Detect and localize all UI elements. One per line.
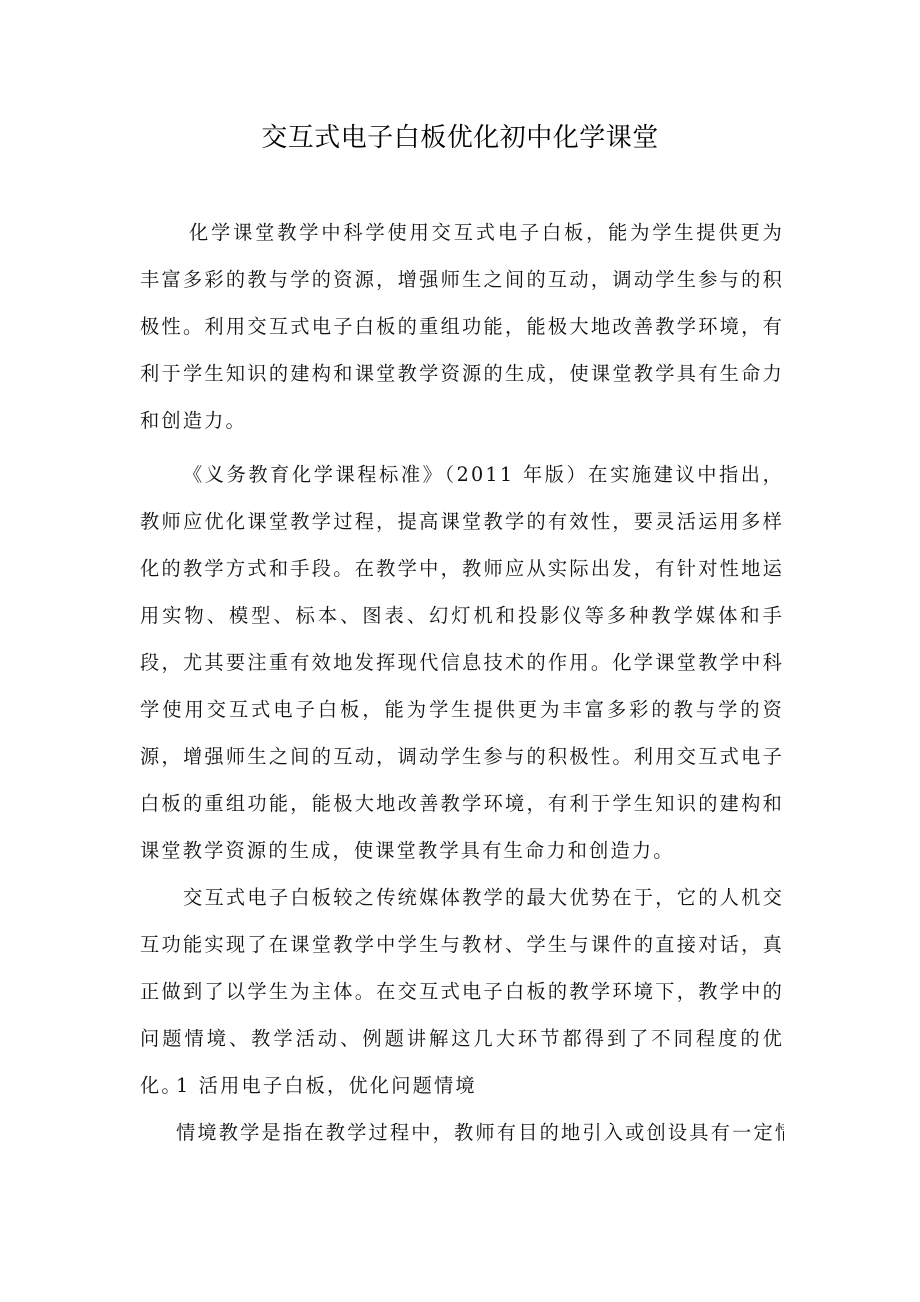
paragraph-situational-teaching: 情境教学是指在教学过程中，教师有目的地引入或创设具有一定情绪: [176, 1109, 784, 1156]
section-heading: 1 活用电子白板，优化问题情境: [176, 1062, 477, 1109]
paragraph-intro: 化学课堂教学中科学使用交互式电子白板，能为学生提供更为丰富多彩的教与学的资源，增…: [140, 209, 784, 444]
document-title: 交互式电子白板优化初中化学课堂: [0, 118, 920, 158]
paragraph-curriculum-standard: 《义务教育化学课程标准》（2011 年版）在实施建议中指出，教师应优化课堂教学过…: [140, 451, 784, 874]
document-page: 交互式电子白板优化初中化学课堂 化学课堂教学中科学使用交互式电子白板，能为学生提…: [0, 0, 920, 1302]
